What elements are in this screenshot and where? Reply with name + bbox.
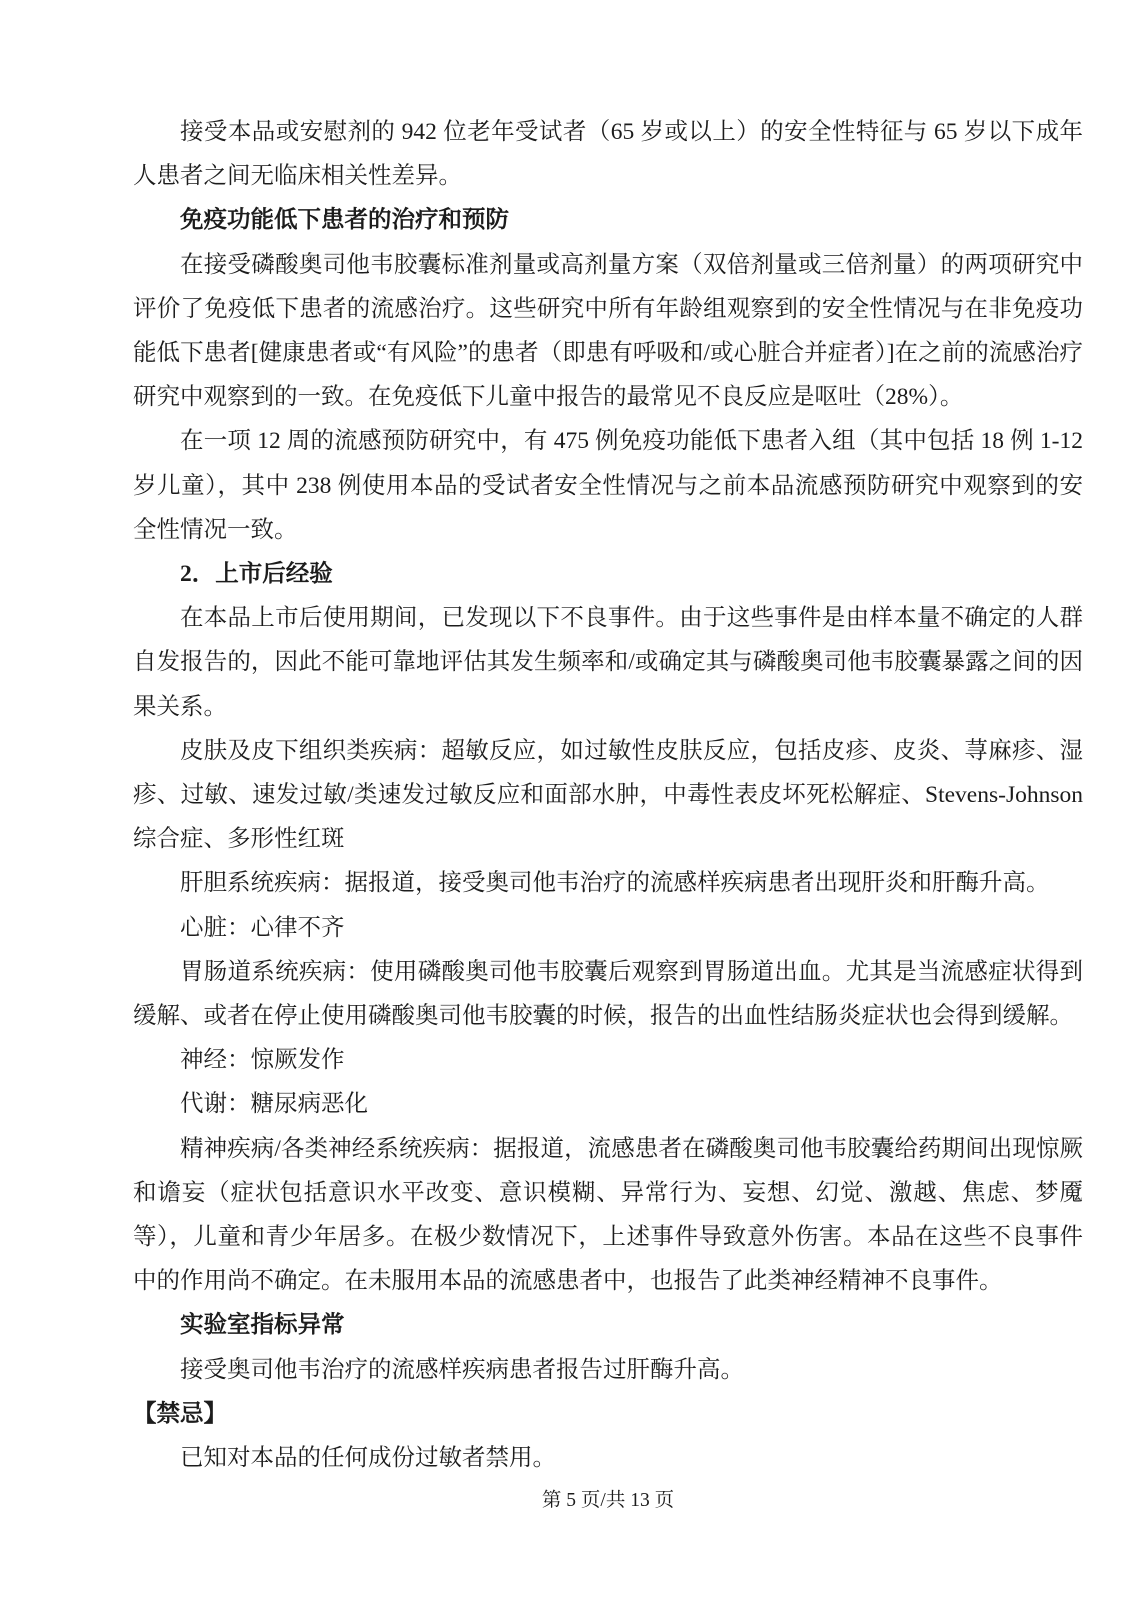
section-heading: 免疫功能低下患者的治疗和预防 bbox=[133, 198, 1083, 242]
paragraph: 已知对本品的任何成份过敏者禁用。 bbox=[133, 1436, 1083, 1480]
paragraph: 胃肠道系统疾病：使用磷酸奥司他韦胶囊后观察到胃肠道出血。尤其是当流感症状得到缓解… bbox=[133, 950, 1083, 1038]
paragraph: 心脏：心律不齐 bbox=[133, 906, 1083, 950]
section-heading: 【禁忌】 bbox=[133, 1392, 1083, 1436]
paragraph: 接受本品或安慰剂的 942 位老年受试者（65 岁或以上）的安全性特征与 65 … bbox=[133, 110, 1083, 198]
page-number: 第 5 页/共 13 页 bbox=[133, 1489, 1083, 1513]
paragraph: 皮肤及皮下组织类疾病：超敏反应，如过敏性皮肤反应，包括皮疹、皮炎、荨麻疹、湿疹、… bbox=[133, 729, 1083, 862]
document-body: 接受本品或安慰剂的 942 位老年受试者（65 岁或以上）的安全性特征与 65 … bbox=[133, 110, 1083, 1480]
paragraph: 接受奥司他韦治疗的流感样疾病患者报告过肝酶升高。 bbox=[133, 1348, 1083, 1392]
paragraph: 精神疾病/各类神经系统疾病：据报道，流感患者在磷酸奥司他韦胶囊给药期间出现惊厥和… bbox=[133, 1127, 1083, 1304]
section-heading: 2．上市后经验 bbox=[133, 552, 1083, 596]
paragraph: 在一项 12 周的流感预防研究中，有 475 例免疫功能低下患者入组（其中包括 … bbox=[133, 419, 1083, 552]
paragraph: 肝胆系统疾病：据报道，接受奥司他韦治疗的流感样疾病患者出现肝炎和肝酶升高。 bbox=[133, 861, 1083, 905]
paragraph: 代谢：糖尿病恶化 bbox=[133, 1082, 1083, 1126]
paragraph: 在本品上市后使用期间，已发现以下不良事件。由于这些事件是由样本量不确定的人群自发… bbox=[133, 596, 1083, 729]
document-page: 接受本品或安慰剂的 942 位老年受试者（65 岁或以上）的安全性特征与 65 … bbox=[0, 0, 1131, 1600]
paragraph: 在接受磷酸奥司他韦胶囊标准剂量或高剂量方案（双倍剂量或三倍剂量）的两项研究中评价… bbox=[133, 243, 1083, 420]
section-heading: 实验室指标异常 bbox=[133, 1303, 1083, 1347]
paragraph: 神经：惊厥发作 bbox=[133, 1038, 1083, 1082]
